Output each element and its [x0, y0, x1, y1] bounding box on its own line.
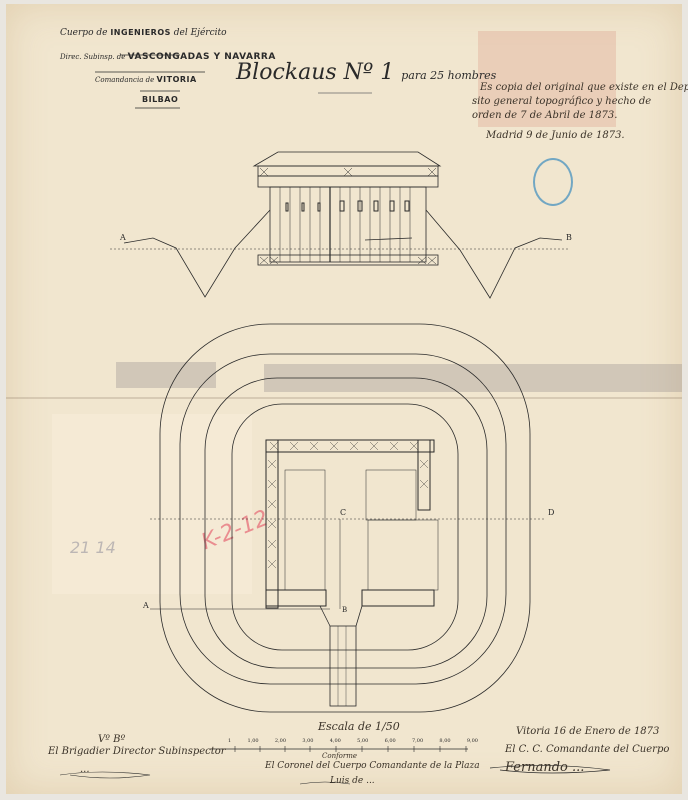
footer-right-date: Vitoria 16 de Enero de 1873 [516, 726, 659, 737]
footer-right-signature: Fernando ... [505, 760, 584, 775]
section-label: B [342, 606, 347, 614]
section-label: A [120, 233, 126, 242]
section-label: D [548, 508, 554, 517]
footer-left-initials: Vº Bº [98, 734, 125, 745]
scale-ticks: 11,002,00 3,004,005,00 6,007,008,00 9,00 [228, 738, 478, 744]
section-label: A [143, 601, 149, 610]
scale-title: Escala de 1/50 [318, 720, 400, 733]
approved-by: El Coronel del Cuerpo Comandante de la P… [265, 761, 480, 771]
footer-right-role: El C. C. Comandante del Cuerpo [505, 744, 669, 755]
section-label: C [340, 508, 346, 517]
footer-left-role: El Brigadier Director Subinspector [48, 746, 226, 757]
technical-drawing [0, 0, 688, 800]
approval-signature: Luis de ... [330, 776, 375, 786]
section-label: B [566, 233, 572, 242]
footer-left-signature: ... [80, 764, 90, 775]
approved-label: Conforme [322, 752, 357, 760]
